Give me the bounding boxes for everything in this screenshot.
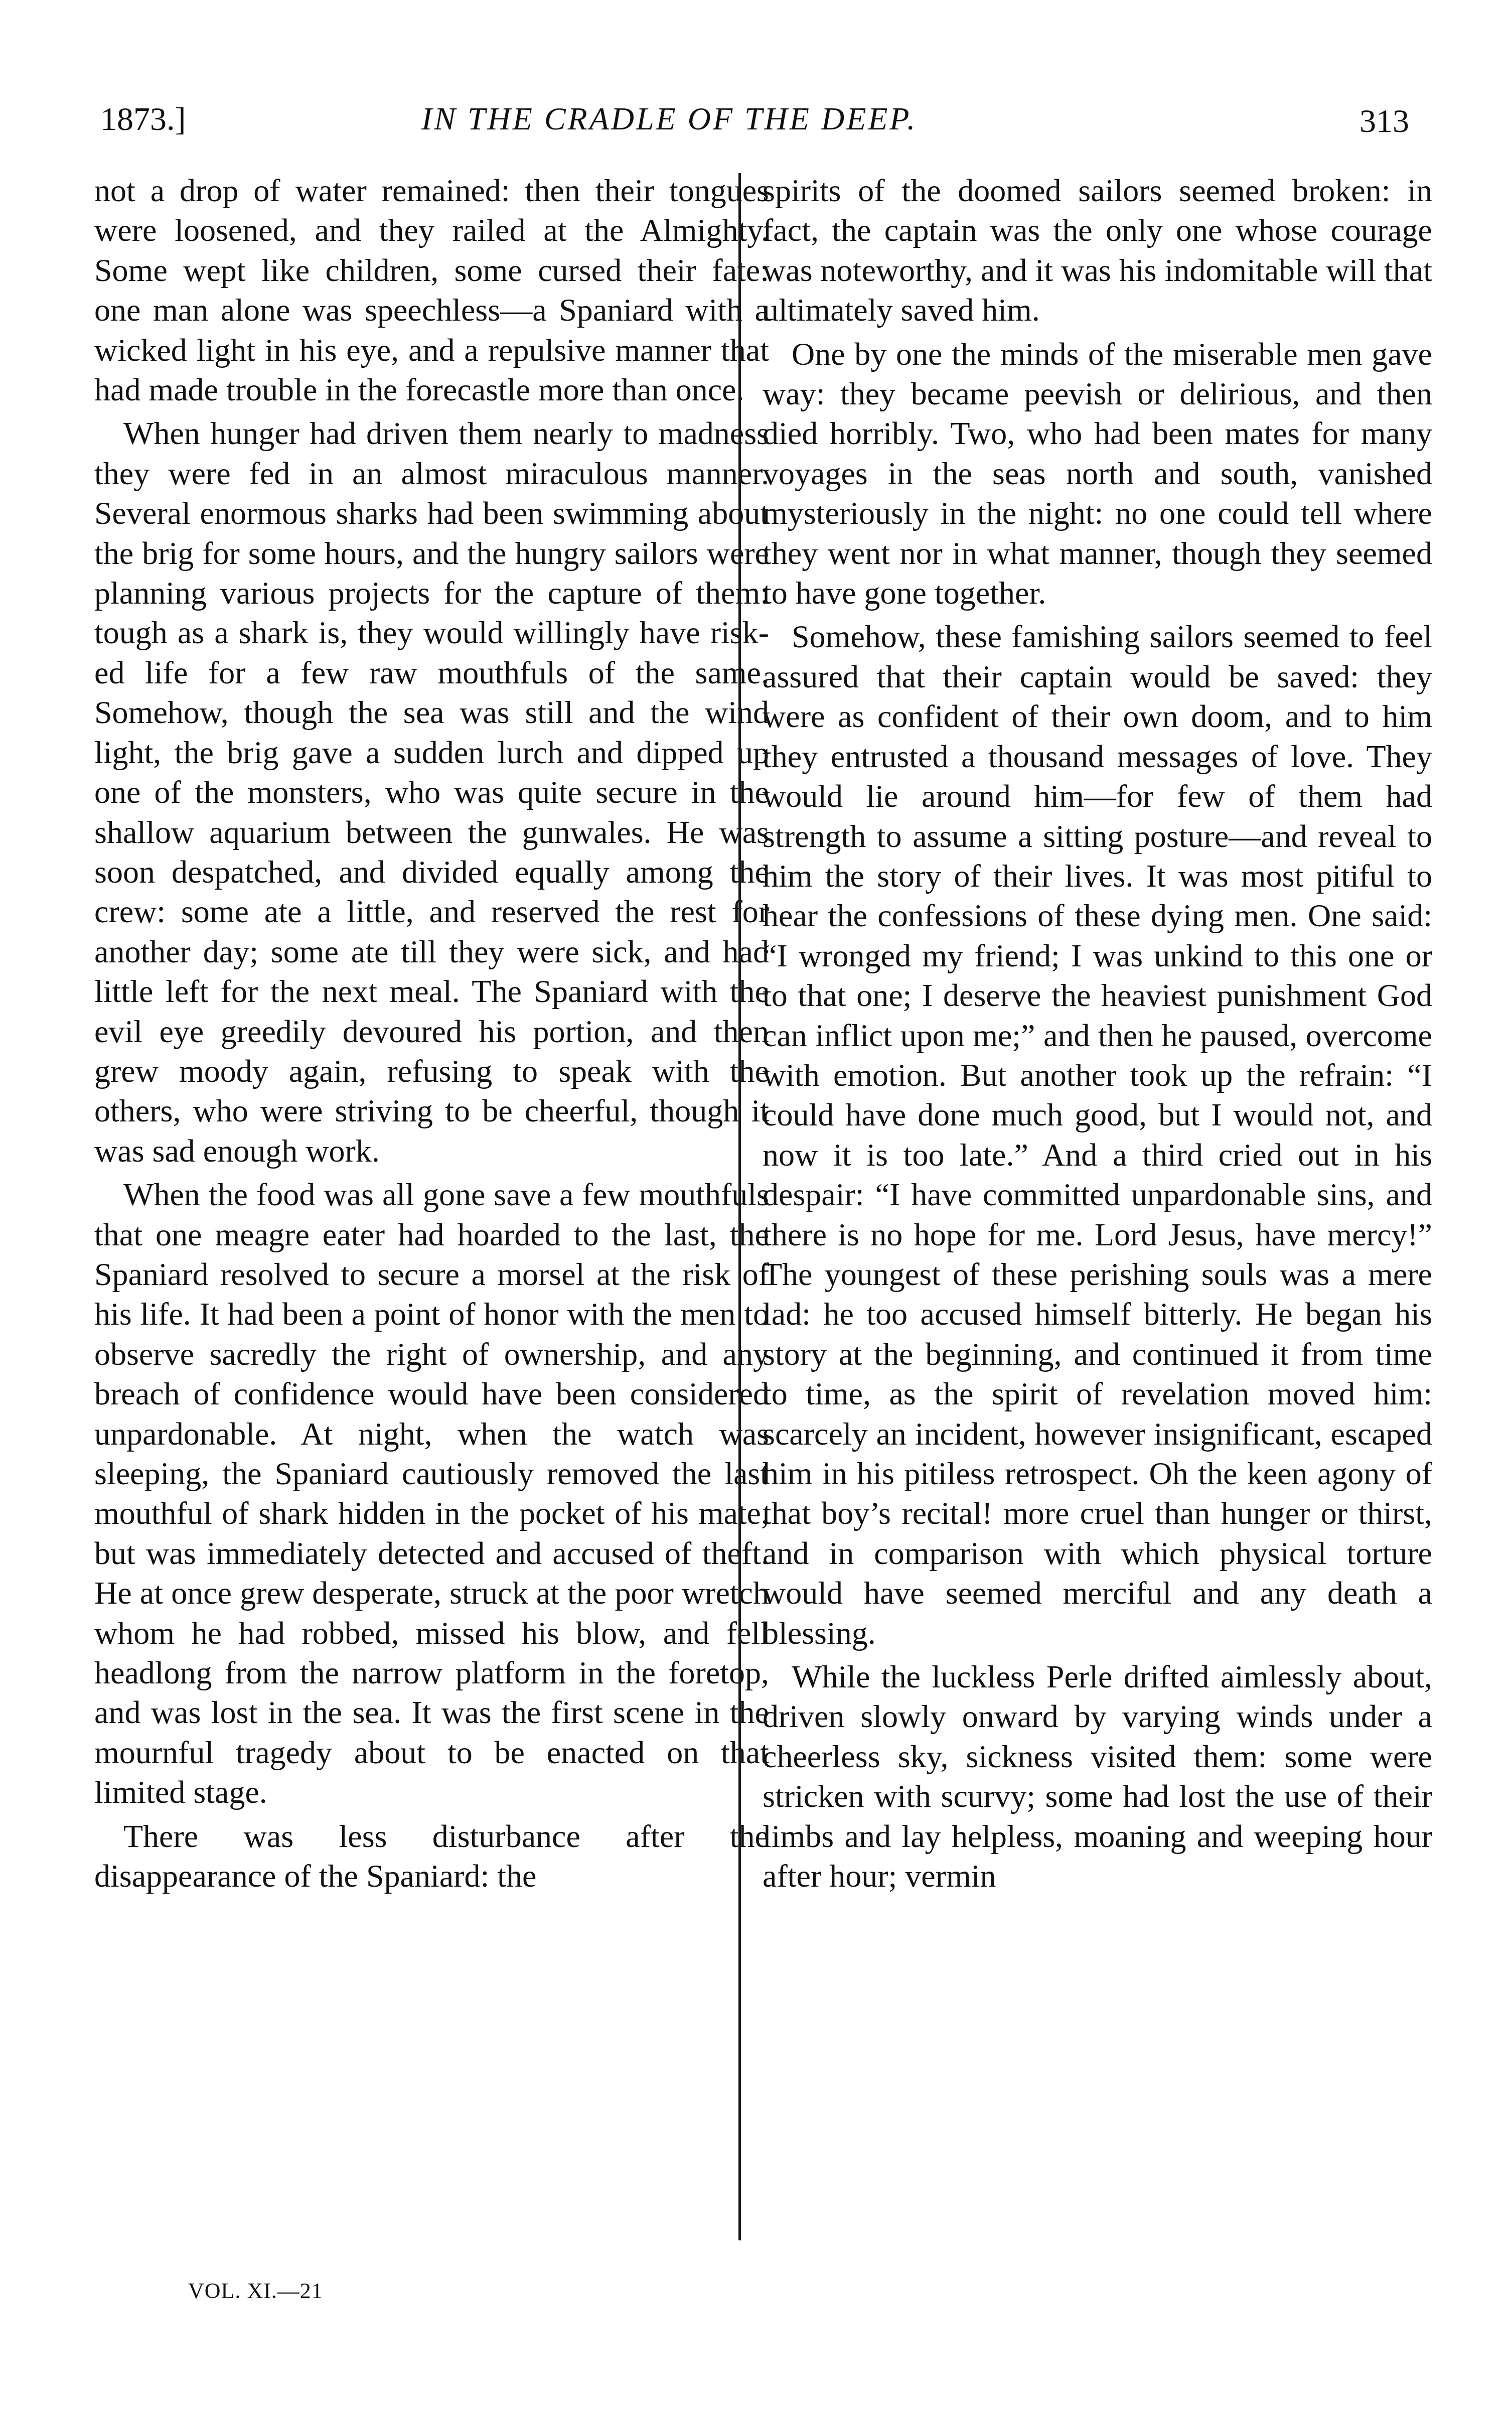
paragraph: When the food was all gone save a few mo… bbox=[94, 1175, 769, 1812]
header-title: IN THE CRADLE OF THE DEEP. bbox=[421, 100, 917, 137]
page-number: 313 bbox=[1359, 102, 1409, 140]
paragraph: There was less disturbance after the dis… bbox=[94, 1816, 769, 1896]
paragraph: One by one the minds of the miserable me… bbox=[763, 334, 1432, 613]
header-year: 1873.] bbox=[100, 100, 186, 138]
paragraph: spirits of the doomed sailors seemed bro… bbox=[763, 171, 1432, 330]
column-divider bbox=[738, 173, 741, 2240]
paragraph: not a drop of water remained: then their… bbox=[94, 171, 769, 409]
running-header: 1873.] IN THE CRADLE OF THE DEEP. 313 bbox=[0, 100, 1512, 161]
volume-signature: VOL. XI.—21 bbox=[188, 2278, 323, 2304]
left-column: not a drop of water remained: then their… bbox=[94, 171, 769, 1900]
paragraph: Somehow, these famishing sailors seemed … bbox=[763, 617, 1432, 1653]
right-column: spirits of the doomed sailors seemed bro… bbox=[763, 171, 1432, 1900]
paragraph: While the luckless Perle drifted aim­les… bbox=[763, 1657, 1432, 1896]
paragraph: When hunger had driven them nearly to ma… bbox=[94, 413, 769, 1171]
